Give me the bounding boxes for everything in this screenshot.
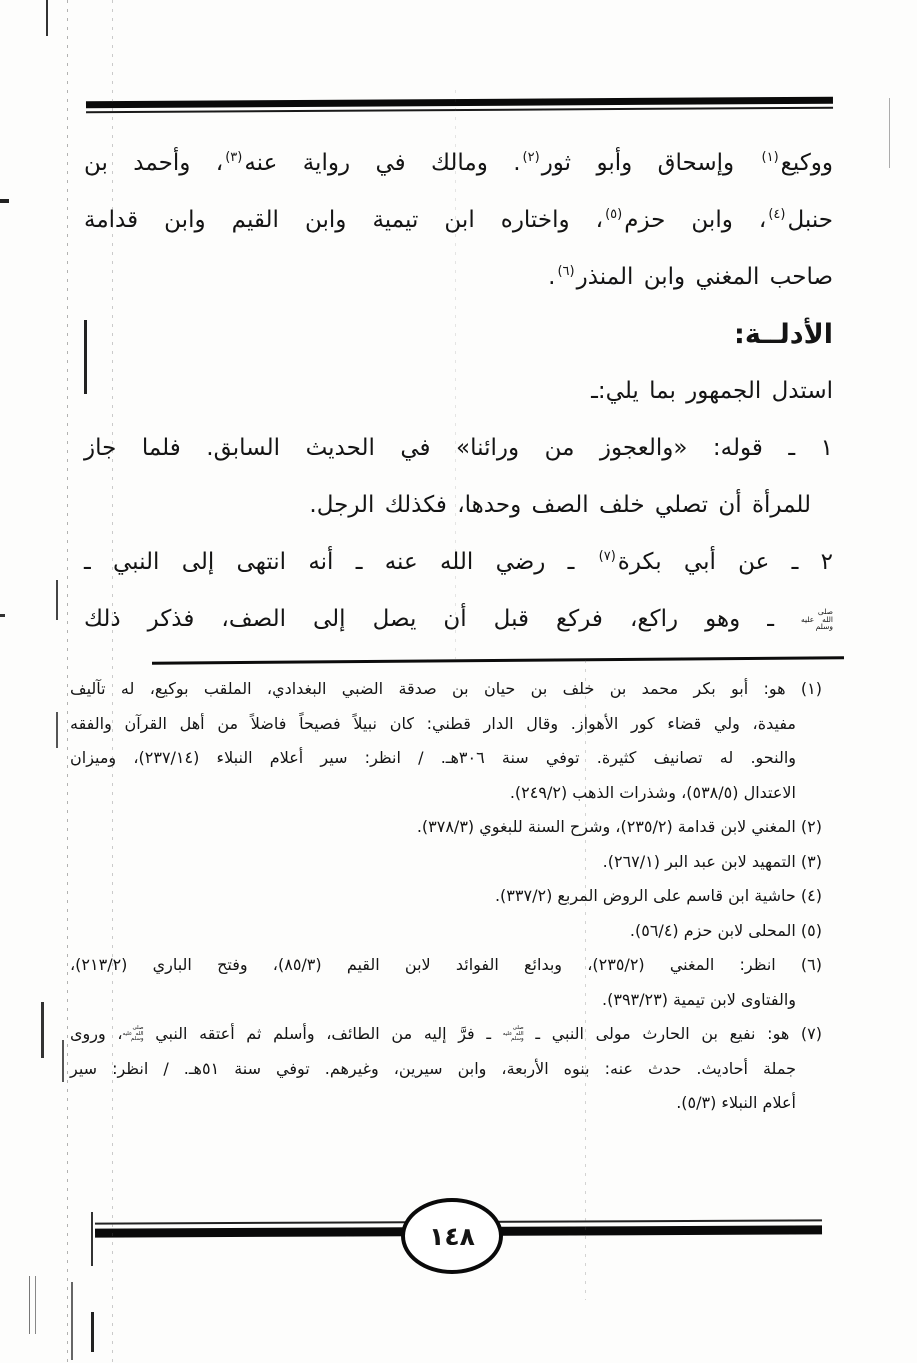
footnote-line: (٦) انظر: المغني (٢٣٥/٢)، وبدائع الفوائد… — [70, 948, 822, 983]
section-heading: الأدلــة: — [84, 306, 833, 363]
scan-artifact — [56, 712, 58, 748]
body-line: صاحب المغني وابن المنذر(٦). — [84, 249, 833, 306]
top-rule — [86, 97, 833, 114]
scan-artifact — [84, 320, 87, 394]
body-line: ١ ـ قوله: «والعجوز من ورائنا» في الحديث … — [84, 420, 833, 477]
scan-artifact — [62, 1040, 64, 1082]
footnote-line: (٢) المغني لابن قدامة (٢٣٥/٢)، وشرح السن… — [70, 810, 822, 845]
body-line: حنبل(٤)، وابن حزم(٥)، واختاره ابن تيمية … — [84, 192, 833, 249]
footnote-line: (٥) المحلى لابن حزم (٥٦/٤). — [70, 914, 822, 949]
scan-artifact — [67, 0, 68, 1363]
body-line: استدل الجمهور بما يلي:ـ — [84, 363, 833, 420]
footnotes: (١) هو: أبو بكر محمد بن خلف بن حيان بن ص… — [70, 672, 822, 1121]
footnote-marker: (٦) — [557, 264, 574, 279]
body-line: صلىالله عليهوسلم ـ وهو راكع، فركع قبل أن… — [84, 591, 833, 648]
scan-artifact — [91, 1312, 94, 1352]
footnote-line: والفتاوى لابن تيمية (٣٩٣/٢٣). — [70, 983, 822, 1018]
prophet-honorific-mark: صلىالله عليهوسلم — [503, 1026, 524, 1043]
scan-artifact — [46, 0, 48, 36]
footnote-marker: (٤) — [768, 207, 785, 222]
footnote-line: (٣) التمهيد لابن عبد البر (٢٦٧/١). — [70, 845, 822, 880]
footnote-line: الاعتدال (٥٣٨/٥)، وشذرات الذهب (٢٤٩/٢). — [70, 776, 822, 811]
scan-artifact — [889, 98, 890, 168]
page-number-ornament: ١٤٨ — [401, 1198, 503, 1274]
footnote-line: (١) هو: أبو بكر محمد بن خلف بن حيان بن ص… — [70, 672, 822, 707]
scanned-book-page: ووكيع(١) وإسحاق وأبو ثور(٢). ومالك في رو… — [0, 0, 917, 1363]
body-line: ووكيع(١) وإسحاق وأبو ثور(٢). ومالك في رو… — [84, 135, 833, 192]
page-number: ١٤٨ — [429, 1222, 475, 1251]
scan-artifact — [91, 1212, 93, 1266]
footnote-line: جملة أحاديث. حدث عنه: بنوه الأربعة، وابن… — [70, 1052, 822, 1087]
scan-artifact — [0, 614, 5, 617]
scan-artifact — [71, 1282, 73, 1360]
scan-artifact — [56, 580, 58, 620]
scan-artifact — [35, 1276, 36, 1334]
footnote-marker: (١) — [762, 150, 779, 165]
footnote-line: (٧) هو: نفيع بن الحارث مولى النبي ـ صلىا… — [70, 1017, 822, 1052]
footnote-line: مفيدة، ولي قضاء كور الأهواز. وقال الدار … — [70, 707, 822, 742]
footnote-line: أعلام النبلاء (٥/٣). — [70, 1086, 822, 1121]
footnote-separator — [152, 656, 844, 664]
scan-artifact — [585, 660, 586, 1300]
footnote-marker: (٣) — [225, 150, 242, 165]
body-line: للمرأة أن تصلي خلف الصف وحدها، فكذلك الر… — [84, 477, 833, 534]
scan-artifact — [112, 0, 113, 1363]
footnote-marker: (٢) — [523, 150, 540, 165]
footnote-marker: (٧) — [599, 549, 616, 564]
footnote-marker: (٥) — [605, 207, 622, 222]
footnote-line: (٤) حاشية ابن قاسم على الروض المربع (٣٣٧… — [70, 879, 822, 914]
scan-artifact — [29, 1276, 30, 1334]
footnote-line: والنحو. له تصانيف كثيرة. توفي سنة ٣٠٦هـ.… — [70, 741, 822, 776]
scan-artifact — [0, 199, 9, 203]
prophet-honorific-mark: صلىالله عليهوسلم — [801, 608, 833, 632]
body-line: ٢ ـ عن أبي بكرة(٧) ـ رضي الله عنه ـ أنه … — [84, 534, 833, 591]
prophet-honorific-mark: صلىالله عليهوسلم — [123, 1026, 144, 1043]
scan-artifact — [41, 1002, 44, 1058]
body-text: ووكيع(١) وإسحاق وأبو ثور(٢). ومالك في رو… — [84, 135, 833, 648]
scan-artifact — [455, 90, 456, 660]
